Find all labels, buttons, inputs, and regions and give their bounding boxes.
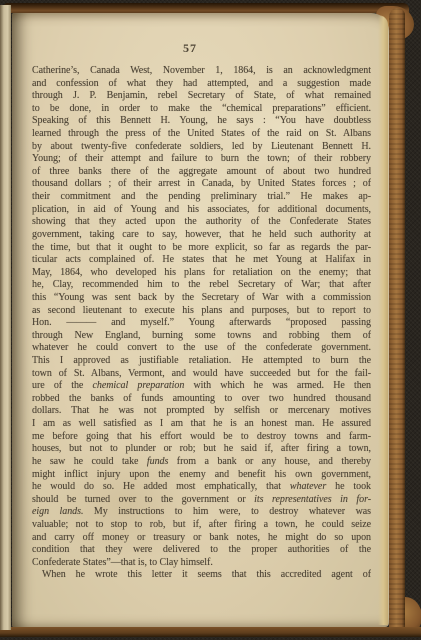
text-line: he, Clay, recommended him to the rebel S…	[32, 279, 371, 292]
italic-text-segment: eign lands.	[32, 506, 83, 517]
text-segment: of three banks there of the aggregate am…	[32, 166, 371, 177]
text-segment: by about twenty-five confederate soldier…	[32, 141, 371, 152]
page-fore-edge	[378, 15, 388, 625]
text-segment: When he wrote this letter it seems that …	[42, 569, 371, 580]
text-block: Catherine’s, Canada West, November 1, 18…	[32, 65, 371, 582]
text-segment: as second lieutenant to execute his plan…	[32, 305, 371, 316]
text-line: town of St. Albans, Vermont, and would h…	[32, 368, 371, 381]
text-line: houses, but not to plunder or rob; but h…	[32, 443, 371, 456]
text-line: condition that they were delivered to th…	[32, 544, 371, 557]
text-segment: Young; of their attempt and failure to b…	[32, 153, 371, 164]
text-line: ticular acts complained of. He states th…	[32, 254, 371, 267]
text-segment: condition that they were delivered to th…	[32, 544, 371, 555]
text-line: valuable; not to stop to rob, but if, af…	[32, 519, 371, 532]
italic-text-segment: whatever	[290, 481, 326, 492]
text-segment: My instructions to him were, to destroy …	[83, 506, 371, 517]
text-segment: I am as well satisfied as I am that he i…	[32, 418, 371, 429]
book-cover-bottom-edge	[0, 627, 421, 637]
facing-page-sliver	[0, 5, 11, 630]
text-line: and confession of what they had attempte…	[32, 78, 371, 91]
text-segment: should be turned over to the government …	[32, 494, 254, 505]
text-line: learned through the press of the United …	[32, 128, 371, 141]
text-segment: he took	[326, 481, 371, 492]
text-segment: and carry off money or treasury or bank …	[32, 532, 371, 543]
text-line: eign lands. My instructions to him were,…	[32, 506, 371, 519]
text-segment: to be done, in order to make the “chemic…	[32, 103, 371, 114]
text-line: this “Young was sent back by the Secreta…	[32, 292, 371, 305]
text-line: thousand dollars ; of their arrest in Ca…	[32, 178, 371, 191]
text-segment: plication, in aid of Young and his assoc…	[32, 204, 371, 215]
text-segment: government, taking care to say, however,…	[32, 229, 371, 240]
text-segment: me before going that his effort would be…	[32, 431, 371, 442]
text-segment: with which he was armed. He then	[184, 380, 371, 391]
text-segment: Speaking of this Bennett H. Young, he sa…	[32, 115, 371, 126]
text-line: the time, but that it ought to be more e…	[32, 242, 371, 255]
text-segment: learned through the press of the United …	[32, 128, 371, 139]
text-segment: town of St. Albans, Vermont, and would h…	[32, 368, 371, 379]
text-segment: showing that they acted upon the authori…	[32, 216, 371, 227]
text-line: May, 1864, who developed his plans for r…	[32, 267, 371, 280]
text-segment: he saw he could take	[32, 456, 147, 467]
text-segment: May, 1864, who developed his plans for r…	[32, 267, 371, 278]
text-line: to be done, in order to make the “chemic…	[32, 103, 371, 116]
text-line: Speaking of this Bennett H. Young, he sa…	[32, 115, 371, 128]
text-segment: through New England, burning some towns …	[32, 330, 371, 341]
text-segment: valuable; not to stop to rob, but if, af…	[32, 519, 371, 530]
text-line: I am as well satisfied as I am that he i…	[32, 418, 371, 431]
text-line: their commitment and the pending prelimi…	[32, 191, 371, 204]
text-line: showing that they acted upon the authori…	[32, 216, 371, 229]
text-line: robbed the banks of funds amounting to o…	[32, 393, 371, 406]
page-number: 57	[12, 41, 368, 56]
text-segment: houses, but not to plunder or rob; but h…	[32, 443, 371, 454]
text-line: This I approved as justifiable retaliati…	[32, 355, 371, 368]
text-segment: thousand dollars ; of their arrest in Ca…	[32, 178, 371, 189]
text-line: by about twenty-five confederate soldier…	[32, 141, 371, 154]
text-segment: he would do so. He added most emphatical…	[32, 481, 290, 492]
text-segment: Confederate States”—that is, to Clay him…	[32, 557, 213, 568]
italic-text-segment: its representatives in for-	[254, 494, 371, 505]
scanned-book-photo: 57 Catherine’s, Canada West, November 1,…	[0, 0, 421, 640]
text-line: and carry off money or treasury or bank …	[32, 532, 371, 545]
text-line: through J. P. Benjamin, rebel Secretary …	[32, 90, 371, 103]
text-segment: ure of the	[32, 380, 93, 391]
text-line: through New England, burning some towns …	[32, 330, 371, 343]
italic-text-segment: funds	[147, 456, 168, 467]
text-line: should be turned over to the government …	[32, 494, 371, 507]
text-line: me before going that his effort would be…	[32, 431, 371, 444]
text-line: might inflict injury upon the enemy and …	[32, 469, 371, 482]
book-cover-top-edge	[4, 3, 409, 13]
text-segment: the time, but that it ought to be more e…	[32, 242, 371, 253]
text-line: government, taking care to say, however,…	[32, 229, 371, 242]
text-segment: might inflict injury upon the enemy and …	[32, 469, 371, 480]
text-segment: robbed the banks of funds amounting to o…	[32, 393, 371, 404]
text-segment: from a bank or any house, and thereby	[168, 456, 371, 467]
text-line: Catherine’s, Canada West, November 1, 18…	[32, 65, 371, 78]
text-line: Confederate States”—that is, to Clay him…	[32, 557, 371, 570]
text-segment: through J. P. Benjamin, rebel Secretary …	[32, 90, 371, 101]
text-segment: Catherine’s, Canada West, November 1, 18…	[32, 65, 371, 76]
text-segment: this “Young was sent back by the Secreta…	[32, 292, 371, 303]
text-segment: and confession of what they had attempte…	[32, 78, 371, 89]
text-line: as second lieutenant to execute his plan…	[32, 305, 371, 318]
text-segment: This I approved as justifiable retaliati…	[32, 355, 371, 366]
text-line: dollars. That he was not prompted by sel…	[32, 405, 371, 418]
book-cover-right-edge	[389, 8, 405, 630]
text-segment: he, Clay, recommended him to the rebel S…	[32, 279, 371, 290]
text-segment: ticular acts complained of. He states th…	[32, 254, 371, 265]
text-line: of three banks there of the aggregate am…	[32, 166, 371, 179]
text-line: When he wrote this letter it seems that …	[32, 569, 371, 582]
text-line: Hon. ——— and myself.” Young afterwards “…	[32, 317, 371, 330]
text-line: he saw he could take funds from a bank o…	[32, 456, 371, 469]
text-line: whatever he could convert to the use of …	[32, 342, 371, 355]
text-segment: Hon. ——— and myself.” Young afterwards “…	[32, 317, 371, 328]
text-line: he would do so. He added most emphatical…	[32, 481, 371, 494]
text-segment: dollars. That he was not prompted by sel…	[32, 405, 371, 416]
text-line: ure of the chemical preparation with whi…	[32, 380, 371, 393]
text-segment: whatever he could convert to the use of …	[32, 342, 371, 353]
text-line: plication, in aid of Young and his assoc…	[32, 204, 371, 217]
text-line: Young; of their attempt and failure to b…	[32, 153, 371, 166]
italic-text-segment: chemical preparation	[93, 380, 185, 391]
book-page: 57 Catherine’s, Canada West, November 1,…	[12, 13, 389, 627]
text-segment: their commitment and the pending prelimi…	[32, 191, 371, 202]
